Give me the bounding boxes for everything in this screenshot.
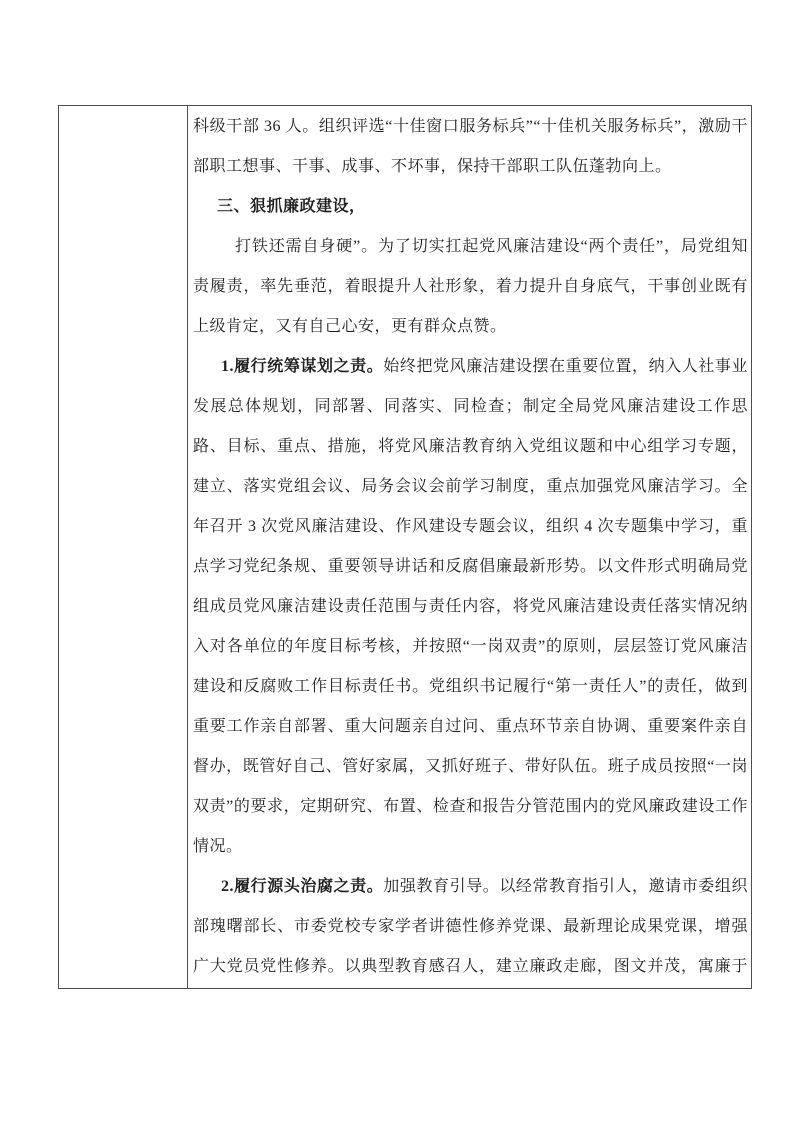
paragraph: 三、狠抓廉政建设， [193,187,748,227]
text-run: 科级干部 36 人。组织评选“十佳窗口服务标兵”“十佳机关服务标兵”，激励干部职… [193,118,748,175]
bold-text-run: 三、狠抓廉政建设， [217,198,366,215]
paragraph: 2.履行源头治腐之责。加强教育引导。以经常教育指引人，邀请市委组织部瑰曙部长、市… [193,867,748,988]
paragraph: 打铁还需自身硬”。为了切实扛起党风廉洁建设“两个责任”，局党组知责履责，率先垂范… [193,227,748,347]
bold-text-run: 1.履行统筹谋划之责。 [221,358,383,375]
text-run: 打铁还需自身硬”。为了切实扛起党风廉洁建设“两个责任”，局党组知责履责，率先垂范… [193,238,748,335]
document-body: 科级干部 36 人。组织评选“十佳窗口服务标兵”“十佳机关服务标兵”，激励干部职… [188,106,751,988]
document-page: 科级干部 36 人。组织评选“十佳窗口服务标兵”“十佳机关服务标兵”，激励干部职… [0,0,793,1122]
document-table: 科级干部 36 人。组织评选“十佳窗口服务标兵”“十佳机关服务标兵”，激励干部职… [58,105,752,989]
paragraph: 1.履行统筹谋划之责。始终把党风廉洁建设摆在重要位置，纳入人社事业发展总体规划，… [193,347,748,867]
bold-text-run: 2.履行源头治腐之责。 [221,878,383,895]
text-run: 始终把党风廉洁建设摆在重要位置，纳入人社事业发展总体规划，同部署、同落实、同检查… [193,358,748,855]
table-cell-left-empty [59,106,188,988]
paragraph: 科级干部 36 人。组织评选“十佳窗口服务标兵”“十佳机关服务标兵”，激励干部职… [193,107,748,187]
